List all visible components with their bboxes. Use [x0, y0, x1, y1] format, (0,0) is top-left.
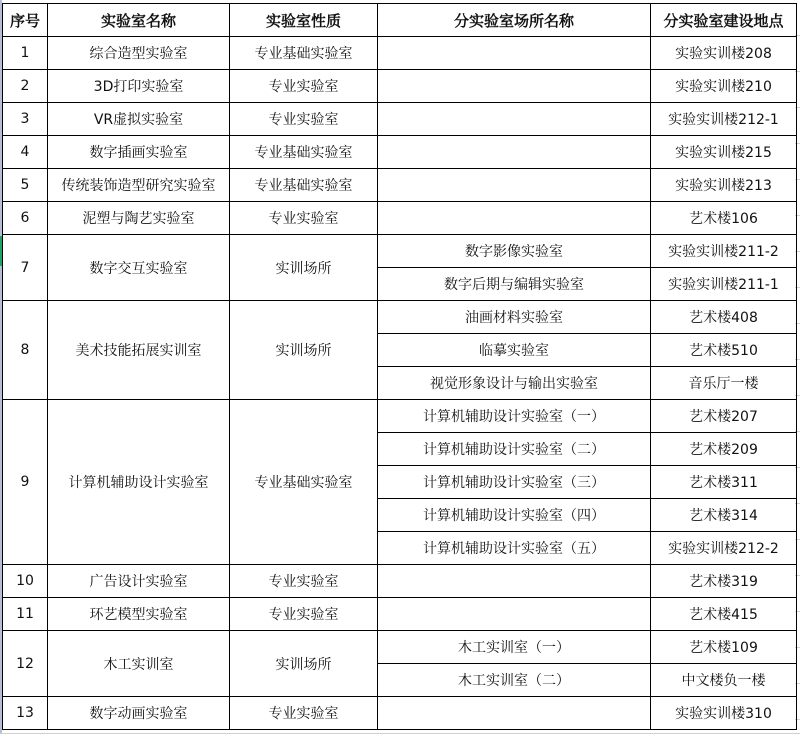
cell-lab-name[interactable]: 泥塑与陶艺实验室	[48, 202, 230, 235]
cell-sub-lab-name[interactable]: 数字影像实验室	[378, 235, 651, 268]
cell-lab-type[interactable]: 专业实验室	[230, 202, 378, 235]
cell-sub-lab-name[interactable]	[378, 169, 651, 202]
table-row: 3 VR虚拟实验室 专业实验室 实验实训楼212-1	[3, 103, 797, 136]
cell-location[interactable]: 艺术楼415	[651, 598, 797, 631]
cell-lab-type[interactable]: 专业基础实验室	[230, 37, 378, 70]
cell-lab-name[interactable]: 广告设计实验室	[48, 565, 230, 598]
cell-no[interactable]: 5	[3, 169, 48, 202]
cell-lab-type[interactable]: 专业实验室	[230, 70, 378, 103]
cell-no[interactable]: 9	[3, 400, 48, 565]
cell-sub-lab-name[interactable]	[378, 565, 651, 598]
cell-sub-lab-name[interactable]: 计算机辅助设计实验室（四）	[378, 499, 651, 532]
table-row: 1 综合造型实验室 专业基础实验室 实验实训楼208	[3, 37, 797, 70]
table-row: 7 数字交互实验室 实训场所 数字影像实验室 实验实训楼211-2	[3, 235, 797, 268]
cell-lab-type[interactable]: 专业实验室	[230, 697, 378, 730]
cell-sub-lab-name[interactable]: 计算机辅助设计实验室（二）	[378, 433, 651, 466]
cell-sub-lab-name[interactable]: 油画材料实验室	[378, 301, 651, 334]
cell-lab-name[interactable]: 数字交互实验室	[48, 235, 230, 301]
cell-location[interactable]: 实验实训楼212-1	[651, 103, 797, 136]
table-row: 6 泥塑与陶艺实验室 专业实验室 艺术楼106	[3, 202, 797, 235]
cell-no[interactable]: 6	[3, 202, 48, 235]
cell-lab-type[interactable]: 专业实验室	[230, 565, 378, 598]
cell-lab-type[interactable]: 专业基础实验室	[230, 400, 378, 565]
cell-location[interactable]: 实验实训楼211-2	[651, 235, 797, 268]
table-row: 2 3D打印实验室 专业实验室 实验实训楼210	[3, 70, 797, 103]
cell-no[interactable]: 7	[3, 235, 48, 301]
cell-sub-lab-name[interactable]: 木工实训室（一）	[378, 631, 651, 664]
table-header-row: 序号 实验室名称 实验室性质 分实验室场所名称 分实验室建设地点	[3, 4, 797, 37]
table-row: 8 美术技能拓展实训室 实训场所 油画材料实验室 艺术楼408	[3, 301, 797, 334]
cell-sub-lab-name[interactable]	[378, 598, 651, 631]
header-cell-no[interactable]: 序号	[3, 4, 48, 37]
cell-lab-name[interactable]: VR虚拟实验室	[48, 103, 230, 136]
cell-location[interactable]: 艺术楼314	[651, 499, 797, 532]
cell-lab-name[interactable]: 美术技能拓展实训室	[48, 301, 230, 400]
cell-location[interactable]: 艺术楼510	[651, 334, 797, 367]
cell-location[interactable]: 实验实训楼215	[651, 136, 797, 169]
cell-location[interactable]: 艺术楼106	[651, 202, 797, 235]
cell-location[interactable]: 艺术楼311	[651, 466, 797, 499]
cell-no[interactable]: 10	[3, 565, 48, 598]
cell-location[interactable]: 艺术楼319	[651, 565, 797, 598]
table-row: 10 广告设计实验室 专业实验室 艺术楼319	[3, 565, 797, 598]
cell-location[interactable]: 实验实训楼213	[651, 169, 797, 202]
cell-sub-lab-name[interactable]	[378, 697, 651, 730]
cell-location[interactable]: 艺术楼408	[651, 301, 797, 334]
table-row: 13 数字动画实验室 专业实验室 实验实训楼310	[3, 697, 797, 730]
cell-lab-name[interactable]: 数字动画实验室	[48, 697, 230, 730]
cell-no[interactable]: 2	[3, 70, 48, 103]
cell-lab-type[interactable]: 专业实验室	[230, 598, 378, 631]
cell-location[interactable]: 中文楼负一楼	[651, 664, 797, 697]
cell-sub-lab-name[interactable]: 计算机辅助设计实验室（五）	[378, 532, 651, 565]
cell-lab-type[interactable]: 实训场所	[230, 301, 378, 400]
cell-location[interactable]: 实验实训楼212-2	[651, 532, 797, 565]
header-cell-lab-name[interactable]: 实验室名称	[48, 4, 230, 37]
table-row: 5 传统装饰造型研究实验室 专业基础实验室 实验实训楼213	[3, 169, 797, 202]
cell-sub-lab-name[interactable]: 木工实训室（二）	[378, 664, 651, 697]
cell-sub-lab-name[interactable]	[378, 136, 651, 169]
header-cell-sub-lab-name[interactable]: 分实验室场所名称	[378, 4, 651, 37]
cell-location[interactable]: 实验实训楼310	[651, 697, 797, 730]
cell-lab-type[interactable]: 实训场所	[230, 631, 378, 697]
cell-lab-name[interactable]: 木工实训室	[48, 631, 230, 697]
cell-location[interactable]: 实验实训楼211-1	[651, 268, 797, 301]
cell-no[interactable]: 11	[3, 598, 48, 631]
cell-lab-name[interactable]: 数字插画实验室	[48, 136, 230, 169]
cell-no[interactable]: 3	[3, 103, 48, 136]
cell-lab-type[interactable]: 实训场所	[230, 235, 378, 301]
header-cell-location[interactable]: 分实验室建设地点	[651, 4, 797, 37]
cell-sub-lab-name[interactable]: 视觉形象设计与输出实验室	[378, 367, 651, 400]
cell-lab-name[interactable]: 环艺模型实验室	[48, 598, 230, 631]
cell-location[interactable]: 音乐厅一楼	[651, 367, 797, 400]
cell-lab-name[interactable]: 综合造型实验室	[48, 37, 230, 70]
cell-sub-lab-name[interactable]	[378, 37, 651, 70]
cell-lab-type[interactable]: 专业基础实验室	[230, 169, 378, 202]
cell-lab-name[interactable]: 传统装饰造型研究实验室	[48, 169, 230, 202]
cell-lab-type[interactable]: 专业基础实验室	[230, 136, 378, 169]
table-row: 4 数字插画实验室 专业基础实验室 实验实训楼215	[3, 136, 797, 169]
cell-no[interactable]: 1	[3, 37, 48, 70]
cell-no[interactable]: 13	[3, 697, 48, 730]
cell-sub-lab-name[interactable]: 临摹实验室	[378, 334, 651, 367]
lab-table: 序号 实验室名称 实验室性质 分实验室场所名称 分实验室建设地点 1 综合造型实…	[2, 3, 797, 730]
cell-lab-name[interactable]: 3D打印实验室	[48, 70, 230, 103]
cell-location[interactable]: 艺术楼209	[651, 433, 797, 466]
cell-lab-type[interactable]: 专业实验室	[230, 103, 378, 136]
header-cell-lab-type[interactable]: 实验室性质	[230, 4, 378, 37]
cell-sub-lab-name[interactable]: 计算机辅助设计实验室（三）	[378, 466, 651, 499]
table-row: 9 计算机辅助设计实验室 专业基础实验室 计算机辅助设计实验室（一） 艺术楼20…	[3, 400, 797, 433]
cell-location[interactable]: 实验实训楼208	[651, 37, 797, 70]
cell-sub-lab-name[interactable]	[378, 202, 651, 235]
cell-location[interactable]: 艺术楼109	[651, 631, 797, 664]
cell-no[interactable]: 4	[3, 136, 48, 169]
cell-location[interactable]: 艺术楼207	[651, 400, 797, 433]
cell-lab-name[interactable]: 计算机辅助设计实验室	[48, 400, 230, 565]
cell-sub-lab-name[interactable]	[378, 103, 651, 136]
cell-sub-lab-name[interactable]	[378, 70, 651, 103]
cell-location[interactable]: 实验实训楼210	[651, 70, 797, 103]
table-row: 11 环艺模型实验室 专业实验室 艺术楼415	[3, 598, 797, 631]
cell-sub-lab-name[interactable]: 计算机辅助设计实验室（一）	[378, 400, 651, 433]
cell-no[interactable]: 8	[3, 301, 48, 400]
cell-sub-lab-name[interactable]: 数字后期与编辑实验室	[378, 268, 651, 301]
table-row: 12 木工实训室 实训场所 木工实训室（一） 艺术楼109	[3, 631, 797, 664]
cell-no[interactable]: 12	[3, 631, 48, 697]
